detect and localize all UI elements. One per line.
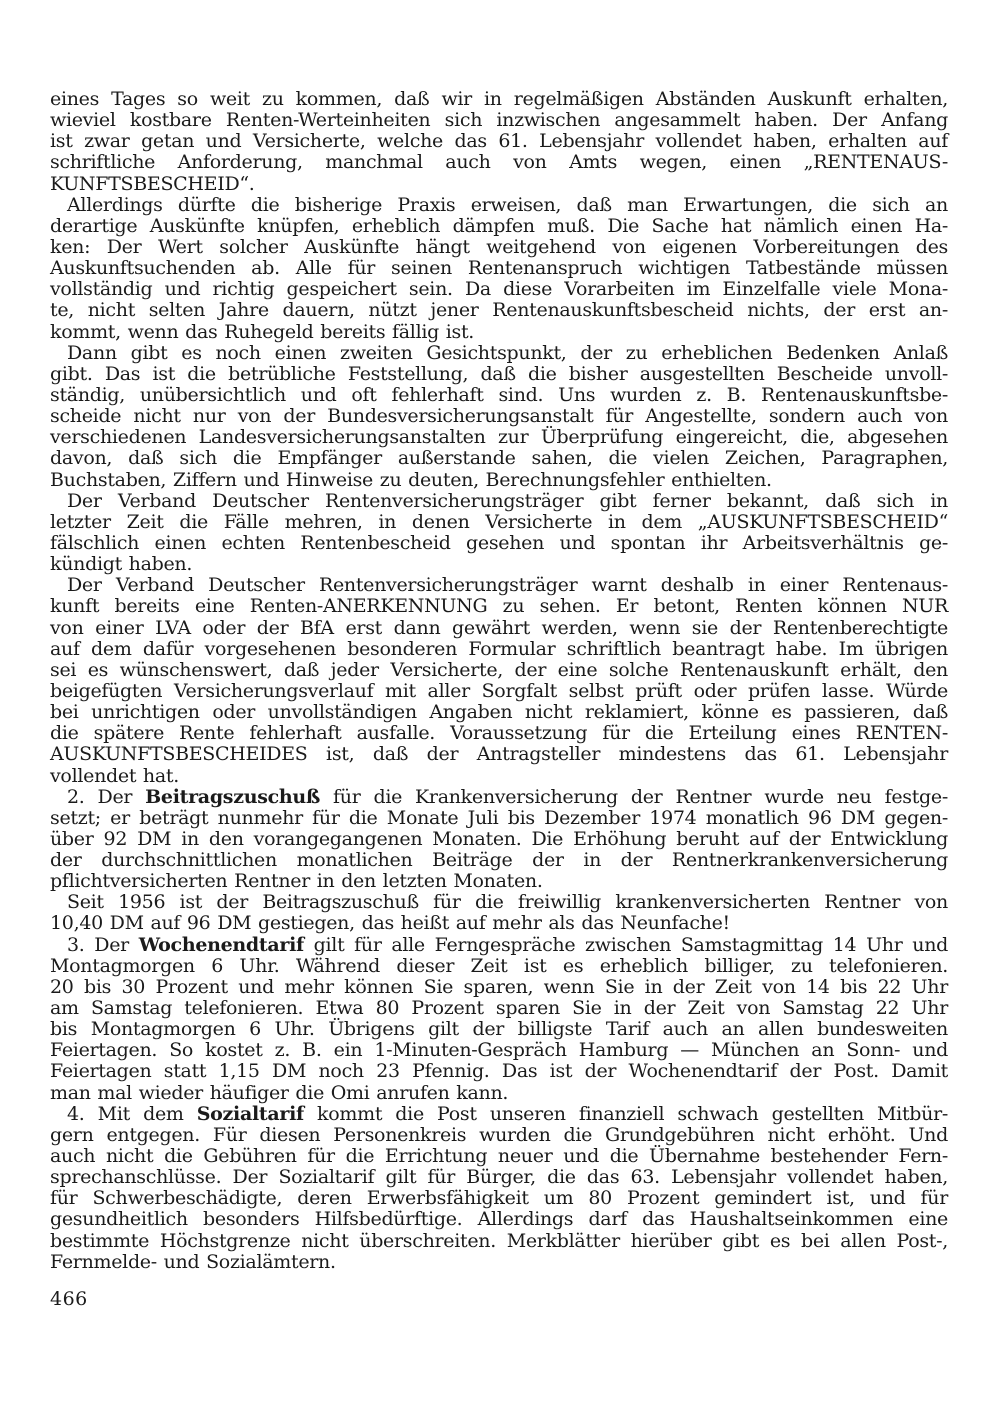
text-line: die spätere Rente fehlerhaft ausfalle. V… [50,723,948,744]
text-line: kunft bereits eine Renten-ANERKENNUNG zu… [50,596,948,617]
text-line: fälschlich einen echten Rentenbescheid g… [50,533,948,554]
text-line: Feiertagen. So kostet z. B. ein 1-Minute… [50,1040,948,1061]
paragraph: Der Verband Deutscher Rentenversicherung… [50,575,948,786]
text-line: für Schwerbeschädigte, deren Erwerbsfähi… [50,1188,948,1209]
text-line: davon, daß sich die Empfänger außerstand… [50,448,948,469]
text-line: bestimmte Höchstgrenze nicht überschreit… [50,1231,948,1252]
text-line: setzt; er beträgt nunmehr für die Monate… [50,808,948,829]
document-page: eines Tages so weit zu kommen, daß wir i… [0,0,1000,1413]
text-line: ist zwar getan und Versicherte, welche d… [50,131,948,152]
text-line: kommt, wenn das Ruhegeld bereits fällig … [50,322,948,343]
paragraph: Der Verband Deutscher Rentenversicherung… [50,491,948,576]
text-line: ken: Der Wert solcher Auskünfte hängt we… [50,237,948,258]
text-line: 3. Der Wochenendtarif gilt für alle Fern… [50,935,948,956]
text-line: wieviel kostbare Renten-Werteinheiten si… [50,110,948,131]
text-line: scheide nicht nur von der Bundesversiche… [50,406,948,427]
paragraph: Allerdings dürfte die bisherige Praxis e… [50,195,948,343]
text-line: 2. Der Beitragszuschuß für die Krankenve… [50,787,948,808]
text-line: vollständig und richtig gespeichert sein… [50,279,948,300]
text-line: man mal wieder häufiger die Omi anrufen … [50,1083,948,1104]
text-line: sprechanschlüsse. Der Sozialtarif gilt f… [50,1167,948,1188]
text-line: schriftliche Anforderung, manchmal auch … [50,152,948,173]
text-line: te, nicht selten Jahre dauern, nützt jen… [50,300,948,321]
text-line: ständig, unübersichtlich und oft fehlerh… [50,385,948,406]
text-line: 10,40 DM auf 96 DM gestiegen, das heißt … [50,913,948,934]
text-line: auch nicht die Gebühren für die Errichtu… [50,1146,948,1167]
paragraph: 3. Der Wochenendtarif gilt für alle Fern… [50,935,948,1104]
text-line: von einer LVA oder der BfA erst dann gew… [50,618,948,639]
text-line: Seit 1956 ist der Beitragszuschuß für di… [50,892,948,913]
text-line: verschiedenen Landesversicherungsanstalt… [50,427,948,448]
text-line: Montagmorgen 6 Uhr. Während dieser Zeit … [50,956,948,977]
text-line: derartige Auskünfte knüpfen, erheblich d… [50,216,948,237]
paragraph: Seit 1956 ist der Beitragszuschuß für di… [50,892,948,934]
paragraph: 2. Der Beitragszuschuß für die Krankenve… [50,787,948,893]
text-line: über 92 DM in den vorangegangenen Monate… [50,829,948,850]
article-text: eines Tages so weit zu kommen, daß wir i… [50,89,948,1273]
text-line: Allerdings dürfte die bisherige Praxis e… [50,195,948,216]
text-line: Der Verband Deutscher Rentenversicherung… [50,491,948,512]
text-line: 4. Mit dem Sozialtarif kommt die Post un… [50,1104,948,1125]
text-line: AUSKUNFTSBESCHEIDES ist, daß der Antrags… [50,744,948,765]
text-line: bis Montagmorgen 6 Uhr. Übrigens gilt de… [50,1019,948,1040]
text-line: Der Verband Deutscher Rentenversicherung… [50,575,948,596]
paragraph: 4. Mit dem Sozialtarif kommt die Post un… [50,1104,948,1273]
text-line: beigefügten Versicherungsverlauf mit all… [50,681,948,702]
text-line: der durchschnittlichen monatlichen Beitr… [50,850,948,871]
text-line: kündigt haben. [50,554,948,575]
text-line: bei unrichtigen oder unvollständigen Ang… [50,702,948,723]
text-line: pflichtversicherten Rentner in den letzt… [50,871,948,892]
text-line: Auskunftsuchenden ab. Alle für seinen Re… [50,258,948,279]
text-line: vollendet hat. [50,766,948,787]
text-line: Dann gibt es noch einen zweiten Gesichts… [50,343,948,364]
text-line: eines Tages so weit zu kommen, daß wir i… [50,89,948,110]
text-line: Feiertagen statt 1,15 DM noch 23 Pfennig… [50,1061,948,1082]
text-line: gesundheitlich besonders Hilfsbedürftige… [50,1209,948,1230]
text-line: auf dem dafür vorgesehenen besonderen Fo… [50,639,948,660]
text-line: gibt. Das ist die betrübliche Feststellu… [50,364,948,385]
text-line: gern entgegen. Für diesen Personenkreis … [50,1125,948,1146]
text-line: Buchstaben, Ziffern und Hinweise zu deut… [50,470,948,491]
text-line: Fernmelde- und Sozialämtern. [50,1252,948,1273]
text-line: 20 bis 30 Prozent und mehr können Sie sp… [50,977,948,998]
text-line: KUNFTSBESCHEID“. [50,174,948,195]
page-number: 466 [50,1288,88,1310]
text-line: letzter Zeit die Fälle mehren, in denen … [50,512,948,533]
paragraph: eines Tages so weit zu kommen, daß wir i… [50,89,948,195]
text-line: am Samstag telefonieren. Etwa 80 Prozent… [50,998,948,1019]
paragraph: Dann gibt es noch einen zweiten Gesichts… [50,343,948,491]
text-line: sei es wünschenswert, daß jeder Versiche… [50,660,948,681]
